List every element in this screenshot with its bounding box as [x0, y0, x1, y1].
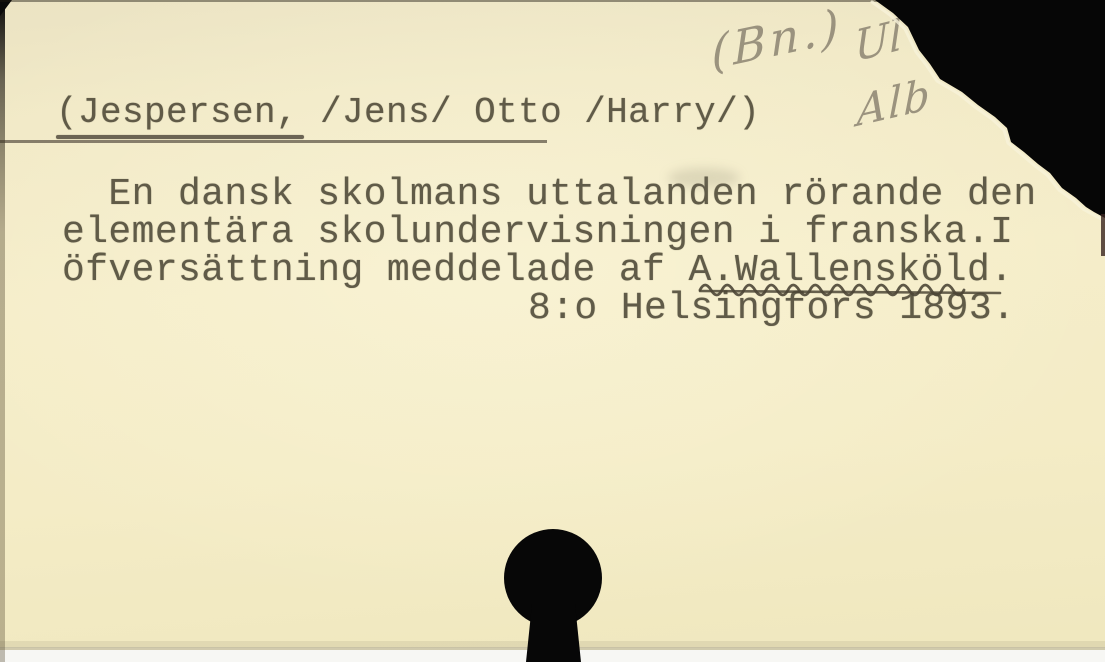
heading-rule-line — [0, 140, 547, 143]
body-line-3-underlined-name: Wallensköld. — [735, 249, 1013, 292]
scan-edge-right-sliver — [1101, 214, 1105, 256]
body-line-4: 8:o Helsingfors 1893. — [528, 290, 1015, 328]
pencil-partial-annotation: Ul — [854, 14, 903, 69]
catalog-card-scan: (Jespersen, /Jens/ Otto /Harry/) En dans… — [0, 0, 1105, 662]
card-bottom-edge-line — [0, 647, 1105, 651]
body-line-1: En dansk skolmans uttalanden rörande den — [62, 176, 1037, 214]
scan-bottom-margin — [0, 650, 1105, 662]
card-bottom-shadow — [0, 641, 1105, 648]
scan-smudge — [668, 168, 740, 188]
heading-name-underline — [56, 135, 304, 139]
body-line-3: öfversättning meddelade af A.Wallensköld… — [62, 252, 1013, 290]
pencil-shelfmark-annotation: (Bn.) — [711, 2, 844, 77]
body-line-3-prefix: öfversättning meddelade af A. — [62, 249, 735, 292]
body-line-2: elementära skolundervisningen i franska.… — [62, 214, 1013, 252]
scan-edge-top — [0, 0, 1105, 2]
keyhole-punch — [504, 529, 602, 662]
pencil-signature-annotation: Alb — [857, 73, 932, 134]
scan-corner-top-left — [0, 0, 12, 16]
scan-edge-left — [0, 0, 5, 662]
card-heading: (Jespersen, /Jens/ Otto /Harry/) — [56, 95, 760, 131]
